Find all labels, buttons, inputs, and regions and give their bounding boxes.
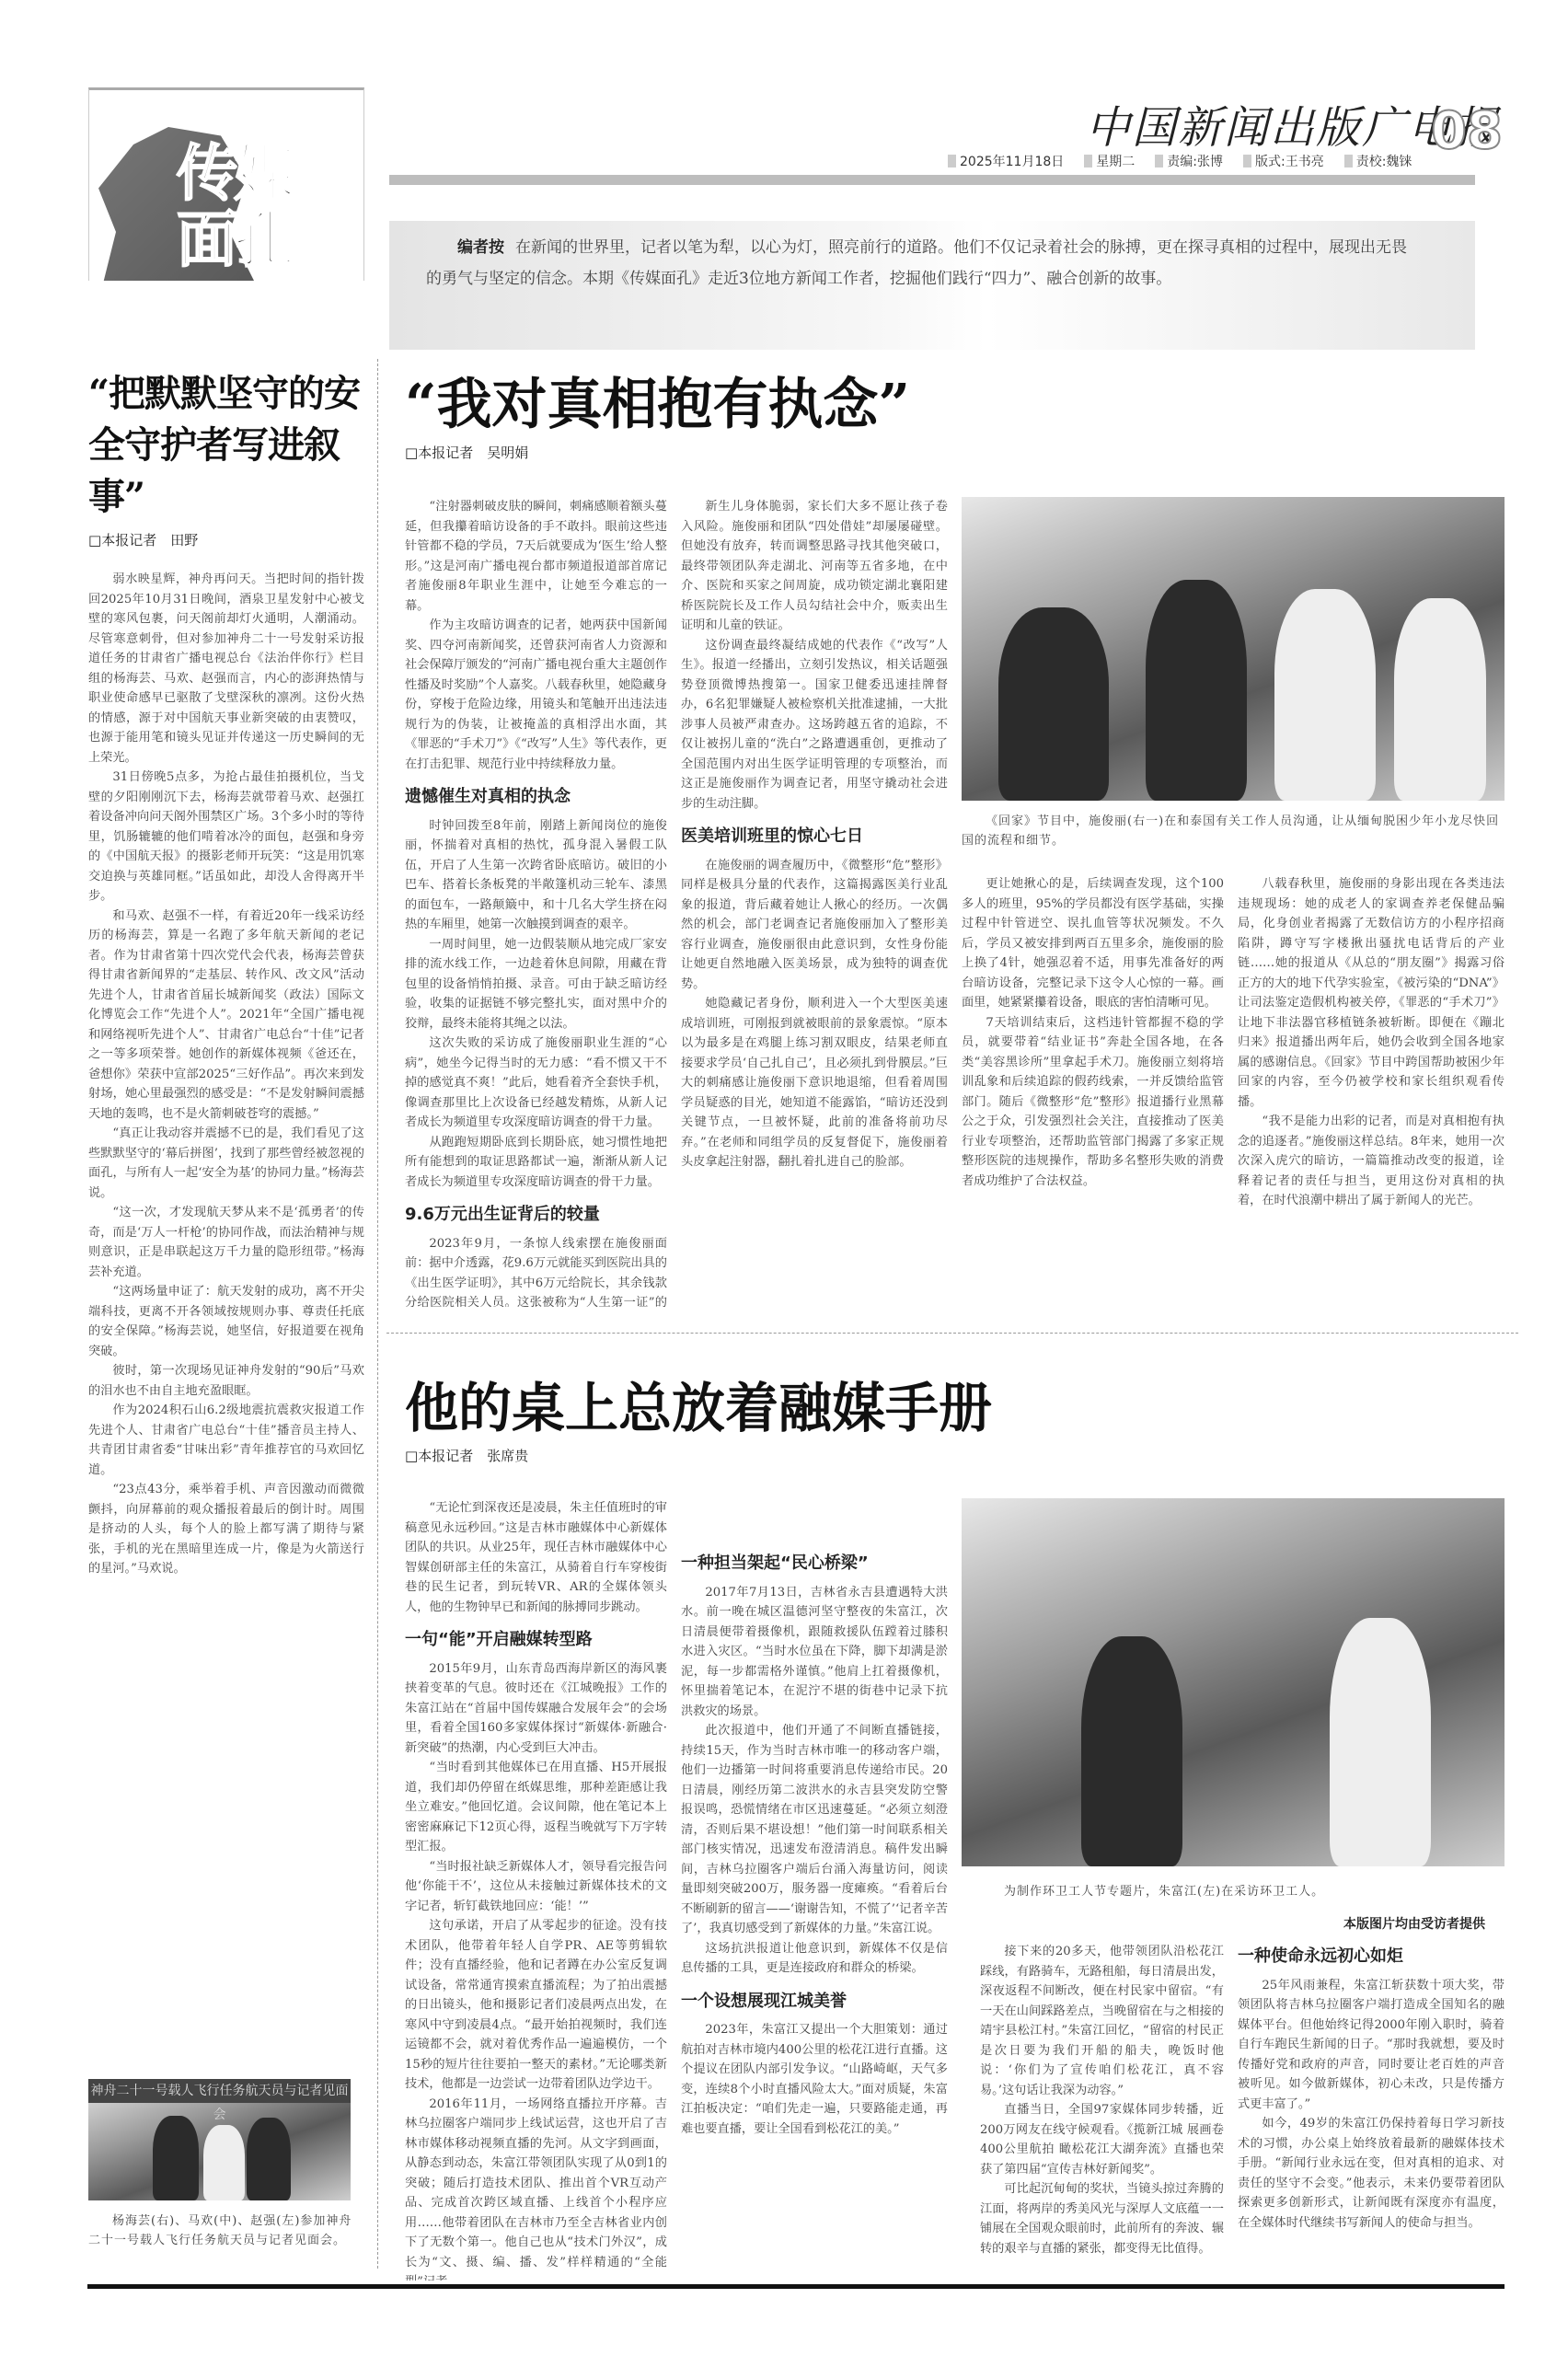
photo-banner-text: 神舟二十一号载人飞行任务航天员与记者见面会 (88, 2079, 351, 2103)
paragraph: “注射器刺破皮肤的瞬间，刺痛感顺着额头蔓延，但我攥着暗访设备的手不敢抖。眼前这些… (405, 497, 667, 616)
paragraph: 更让她揪心的是，后续调查发现，这个100多人的班里，95%的学员都没有医学基础，… (962, 874, 1224, 1013)
paragraph: 她隐藏记者身份，顺利进入一个大型医美速成培训班，可刚报到就被眼前的景象震惊。“原… (681, 994, 948, 1172)
paragraph: 这句承诺，开启了从零起步的征途。没有技术团队，他带着年轻人自学PR、AE等剪辑软… (405, 1916, 667, 2095)
article-2-col4: 八载春秋里，施俊丽的身影出现在各类违法违规现场：她的成老人的家调查养老保健品骗局… (1238, 874, 1505, 1307)
issue-meta: 2025年11月18日 星期二 责编:张博 版式:王书亮 责校:魏铼 (948, 152, 1412, 170)
paragraph: 这份调查最终凝结成她的代表作《“改写”人生》。报道一经播出，立刻引发热议，相关话… (681, 636, 948, 814)
paragraph: 这场抗洪报道让他意识到，新媒体不仅是信息传播的工具，更是连接政府和群众的桥梁。 (681, 1939, 948, 1979)
subhead: 9.6万元出生证背后的较量 (405, 1205, 667, 1225)
section-logo: 传媒 面孔 (88, 87, 364, 281)
article-2-photo-caption: 《回家》节目中，施俊丽(右一)在和泰国有关工作人员沟通，让从缅甸脱困少年小龙尽快… (962, 812, 1505, 850)
article-3-header: 他的桌上总放着融媒手册 本报记者 张席贵 (405, 1376, 1141, 1465)
paragraph: “当时看到其他媒体已在用直播、H5开展报道，我们却仍停留在纸媒思维，那种差距感让… (405, 1758, 667, 1857)
article-2-col2: 新生儿身体脆弱，家长们大多不愿让孩子卷入风险。施俊丽和团队“四处借娃”却屡屡碰壁… (681, 497, 948, 1307)
editor-credit: 责编:张博 (1155, 152, 1223, 170)
paragraph: 可比起沉甸甸的奖状，当镜头掠过奔腾的江面，将两岸的秀美风光与深厚人文底蕴一一铺展… (980, 2179, 1224, 2258)
column-divider (377, 359, 378, 2269)
article-2-col1: “注射器刺破皮肤的瞬间，刺痛感顺着额头蔓延，但我攥着暗访设备的手不敢抖。眼前这些… (405, 497, 667, 1307)
subhead: 一个设想展现江城美誉 (681, 1992, 948, 2012)
editor-note-text: 在新闻的世界里，记者以笔为犁，以心为灯，照亮前行的道路。他们不仅记录着社会的脉搏… (426, 238, 1407, 288)
article-1-body: 弱水映星辉，神舟再问天。当把时间的指针拨回2025年10月31日晚间，酒泉卫星发… (88, 570, 364, 2042)
paragraph: 2016年11月，一场网络直播拉开序幕。吉林乌拉圈客户端同步上线试运营，这也开启… (405, 2095, 667, 2281)
article-3-col3: 接下来的20多天，他带领团队沿松花江踩线，有路骑车，无路租船，每日清晨出发，深夜… (980, 1942, 1224, 2282)
subhead: 遗憾催生对真相的执念 (405, 787, 667, 807)
paragraph: “当时报社缺乏新媒体人才，领导看完报告问他‘你能干不’，这位从未接触过新媒体技术… (405, 1857, 667, 1917)
section-title-line1: 传媒 (177, 144, 291, 204)
paragraph: 接下来的20多天，他带领团队沿松花江踩线，有路骑车，无路租船，每日清晨出发，深夜… (980, 1942, 1224, 2100)
paragraph: 在施俊丽的调查履历中，《微整形“危”整形》同样是极具分量的代表作，这篇揭露医美行… (681, 856, 948, 995)
article-2-col3: 更让她揪心的是，后续调查发现，这个100多人的班里，95%的学员都没有医学基础，… (962, 874, 1224, 1307)
paragraph: 2023年，朱富江又提出一个大胆策划：通过航拍对吉林市境内400公里的松花江进行… (681, 2020, 948, 2139)
paragraph: 这次失败的采访成了施俊丽职业生涯的“心病”，她坐今记得当时的无力感：“看不惯又干… (405, 1034, 667, 1133)
paragraph: 八载春秋里，施俊丽的身影出现在各类违法违规现场：她的成老人的家调查养老保健品骗局… (1238, 874, 1505, 1112)
header-divider-bar (389, 175, 1475, 185)
paragraph: “真正让我动容并震撼不已的是，我们看见了这些默默坚守的‘幕后拼图’，找到了那些曾… (88, 1124, 364, 1203)
article-3-col2: 一种担当架起“民心桥梁” 2017年7月13日，吉林省永吉县遭遇特大洪水。前一晚… (681, 1498, 948, 2281)
paragraph: 时钟回拨至8年前，刚踏上新闻岗位的施俊丽，怀揣着对真相的热忱，孤身混入暑假工队伍… (405, 816, 667, 935)
issue-weekday: 星期二 (1084, 152, 1135, 170)
paragraph: 直播当日，全国97家媒体同步转播，近200万网友在线守候观看。《揽新江城 展画卷… (980, 2100, 1224, 2179)
paragraph: 31日傍晚5点多，为抢占最佳拍摄机位，当戈壁的夕阳刚刚沉下去，杨海芸就带着马欢、… (88, 768, 364, 907)
paragraph: “这两场量申证了：航天发射的成功，离不开尖端科技，更离不开各领域按规则办事、尊责… (88, 1282, 364, 1361)
article-3-photo-caption: 为制作环卫工人节专题片，朱富江(左)在采访环卫工人。 (980, 1882, 1458, 1901)
section-title-line2: 面孔 (177, 210, 291, 271)
paragraph: 2023年9月，一条惊人线索摆在施俊丽面前：据中介透露，花9.6万元就能买到医院… (405, 1234, 667, 1308)
article-2-header: “我对真相抱有执念” 本报记者 吴明娟 (405, 373, 957, 462)
paragraph: 2017年7月13日，吉林省永吉县遭遇特大洪水。前一晚在城区温德河坚守整夜的朱富… (681, 1583, 948, 1722)
paragraph: 从跑跑短期卧底到长期卧底，她习惯性地把所有能想到的取证思路都试一遍，渐渐从新人记… (405, 1133, 667, 1193)
article-1: “把默默坚守的安全守护者写进叙事” 本报记者 田野 弱水映星辉，神舟再问天。当把… (88, 368, 364, 2250)
paragraph: 25年风雨兼程，朱富江斩获数十项大奖，带领团队将吉林乌拉圈客户端打造成全国知名的… (1238, 1976, 1505, 2115)
article-1-headline: “把默默坚守的安全守护者写进叙事” (88, 368, 364, 523)
article-2-headline: “我对真相抱有执念” (405, 373, 957, 437)
article-1-photo-caption: 杨海芸(右)、马欢(中)、赵强(左)参加神舟二十一号载人飞行任务航天员与记者见面… (88, 2212, 364, 2250)
subhead: 一种担当架起“民心桥梁” (681, 1553, 948, 1574)
layout-credit: 版式:王书亮 (1243, 152, 1324, 170)
article-3-col4: 一种使命永远初心如炬 25年风雨兼程，朱富江斩获数十项大奖，带领团队将吉林乌拉圈… (1238, 1946, 1505, 2282)
paragraph: 和马欢、赵强不一样，有着近20年一线采访经历的杨海芸，算是一名跑了多年航天新闻的… (88, 907, 364, 1125)
paragraph: 7天培训结束后，这档违针管都握不稳的学员，就要带着“结业证书”奔赴全国各地，在各… (962, 1013, 1224, 1192)
paragraph: “无论忙到深夜还是凌晨，朱主任值班时的审稿意见永远秒回。”这是吉林市融媒体中心新… (405, 1498, 667, 1617)
editor-note: 编者按在新闻的世界里，记者以笔为犁，以心为灯，照亮前行的道路。他们不仅记录着社会… (389, 221, 1475, 350)
subhead: 医美培训班里的惊心七日 (681, 826, 948, 847)
paragraph: 一周时间里，她一边假装顺从地完成厂家安排的流水线工作，一边趁着休息间隙，用藏在背… (405, 935, 667, 1034)
photo-credit: 本版图片均由受访者提供 (1343, 1914, 1485, 1933)
page-number: 08 (1431, 101, 1503, 161)
paragraph: “这一次，才发现航天梦从来不是‘孤勇者’的传奇，而是‘万人一杆枪’的协同作战，而… (88, 1203, 364, 1282)
paragraph: “23点43分，乘举着手机、声音因激动而微微颤抖，向屏幕前的观众播报着最后的倒计… (88, 1480, 364, 1579)
article-divider (386, 1333, 1518, 1334)
proofreader-credit: 责校:魏铼 (1344, 152, 1412, 170)
article-2-byline: 本报记者 吴明娟 (405, 443, 957, 462)
paragraph: 弱水映星辉，神舟再问天。当把时间的指针拨回2025年10月31日晚间，酒泉卫星发… (88, 570, 364, 768)
page-bottom-rule (87, 2284, 1505, 2289)
paragraph: “我不是能力出彩的记者，而是对真相抱有执念的追逐者。”施俊丽这样总结。8年来，她… (1238, 1112, 1505, 1211)
subhead: 一句“能”开启融媒转型路 (405, 1630, 667, 1650)
article-1-byline: 本报记者 田野 (88, 530, 364, 549)
editor-note-label: 编者按 (457, 238, 504, 257)
article-1-photo: 神舟二十一号载人飞行任务航天员与记者见面会 (88, 2079, 351, 2200)
paragraph: 如今，49岁的朱富江仍保持着每日学习新技术的习惯，办公桌上始终放着最新的融媒体技… (1238, 2114, 1505, 2233)
paragraph: 作为主攻暗访调查的记者，她两获中国新闻奖、四夺河南新闻奖，还曾获河南省人力资源和… (405, 616, 667, 774)
subhead: 一种使命永远初心如炬 (1238, 1946, 1505, 1967)
article-3-headline: 他的桌上总放着融媒手册 (405, 1376, 1141, 1440)
paragraph: 彼时，第一次现场见证神舟发射的“90后”马欢的泪水也不由自主地充盈眼眶。 (88, 1361, 364, 1401)
paragraph: 新生儿身体脆弱，家长们大多不愿让孩子卷入风险。施俊丽和团队“四处借娃”却屡屡碰壁… (681, 497, 948, 636)
issue-date: 2025年11月18日 (948, 152, 1064, 170)
article-3-photo (962, 1498, 1505, 1866)
paragraph: 作为2024积石山6.2级地震抗震救灾报道工作先进个人、甘肃省广电总台“十佳”播… (88, 1401, 364, 1480)
article-2-photo (962, 497, 1505, 801)
article-3-col1: “无论忙到深夜还是凌晨，朱主任值班时的审稿意见永远秒回。”这是吉林市融媒体中心新… (405, 1498, 667, 2281)
paragraph: 2015年9月，山东青岛西海岸新区的海风裹挟着变革的气息。彼时还在《江城晚报》工… (405, 1659, 667, 1759)
paragraph: 此次报道中，他们开通了不间断直播链接，持续15天，作为当时吉林市唯一的移动客户端… (681, 1721, 948, 1939)
article-3-byline: 本报记者 张席贵 (405, 1446, 1141, 1465)
